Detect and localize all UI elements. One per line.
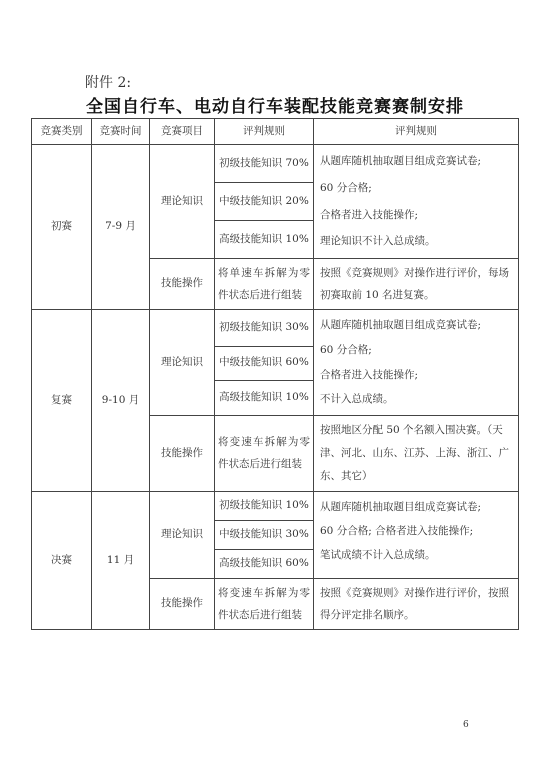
- level-weight: 高级技能知识 60%: [215, 550, 314, 579]
- rule-line: 60 分合格;: [320, 338, 512, 363]
- level-weight: 初级技能知识 30%: [215, 310, 314, 346]
- header-rule-weight: 评判规则: [215, 119, 314, 145]
- round-time: 7-9 月: [92, 145, 150, 310]
- skill-label: 技能操作: [150, 259, 215, 310]
- rule-line: 笔试成绩不计入总成绩。: [320, 543, 512, 567]
- table-header-row: 竞赛类别 竞赛时间 竞赛项目 评判规则 评判规则: [32, 119, 519, 145]
- document-title: 全国自行车、电动自行车装配技能竞赛赛制安排: [0, 92, 550, 117]
- round-time: 9-10 月: [92, 310, 150, 492]
- competition-schedule-table: 竞赛类别 竞赛时间 竞赛项目 评判规则 评判规则 初赛 7-9 月 理论知识 初…: [31, 118, 519, 630]
- level-weight: 中级技能知识 20%: [215, 183, 314, 221]
- round-category: 决赛: [32, 492, 92, 630]
- skill-label: 技能操作: [150, 579, 215, 630]
- rule-line: 合格者进入技能操作;: [320, 363, 512, 388]
- level-weight: 中级技能知识 60%: [215, 346, 314, 380]
- level-weight: 高级技能知识 10%: [215, 221, 314, 259]
- header-category: 竞赛类别: [32, 119, 92, 145]
- rule-line: 合格者进入技能操作;: [320, 202, 512, 229]
- header-time: 竞赛时间: [92, 119, 150, 145]
- skill-label: 技能操作: [150, 415, 215, 491]
- level-weight: 初级技能知识 70%: [215, 145, 314, 183]
- skill-rule: 按照《竞赛规则》对操作进行评价，按照得分评定排名顺序。: [314, 579, 519, 630]
- rule-line: 从题库随机抽取题目组成竞赛试卷;: [320, 313, 512, 338]
- skill-rule: 按照《竞赛规则》对操作进行评价，每场初赛取前 10 名进复赛。: [314, 259, 519, 310]
- theory-label: 理论知识: [150, 492, 215, 579]
- rule-line: 从题库随机抽取题目组成竞赛试卷;: [320, 148, 512, 175]
- theory-label: 理论知识: [150, 145, 215, 259]
- rule-line: 不计入总成绩。: [320, 387, 512, 412]
- skill-task: 将变速车拆解为零件状态后进行组装: [215, 579, 314, 630]
- level-weight: 高级技能知识 10%: [215, 380, 314, 415]
- header-item: 竞赛项目: [150, 119, 215, 145]
- table-row: 初赛 7-9 月 理论知识 初级技能知识 70% 从题库随机抽取题目组成竞赛试卷…: [32, 145, 519, 183]
- attachment-label: 附件 2:: [85, 72, 131, 92]
- round-category: 初赛: [32, 145, 92, 310]
- rule-line: 60 分合格; 合格者进入技能操作;: [320, 519, 512, 543]
- rule-line: 理论知识不计入总成绩。: [320, 228, 512, 255]
- skill-task: 将单速车拆解为零件状态后进行组装: [215, 259, 314, 310]
- level-weight: 初级技能知识 10%: [215, 492, 314, 521]
- skill-task: 将变速车拆解为零件状态后进行组装: [215, 415, 314, 491]
- round-category: 复赛: [32, 310, 92, 492]
- page-number: 6: [463, 720, 469, 730]
- round-time: 11 月: [92, 492, 150, 630]
- theory-rules: 从题库随机抽取题目组成竞赛试卷; 60 分合格; 合格者进入技能操作; 不计入总…: [314, 310, 519, 416]
- theory-label: 理论知识: [150, 310, 215, 416]
- table-row: 决赛 11 月 理论知识 初级技能知识 10% 从题库随机抽取题目组成竞赛试卷;…: [32, 492, 519, 521]
- rule-line: 从题库随机抽取题目组成竞赛试卷;: [320, 495, 512, 519]
- theory-rules: 从题库随机抽取题目组成竞赛试卷; 60 分合格; 合格者进入技能操作; 笔试成绩…: [314, 492, 519, 579]
- theory-rules: 从题库随机抽取题目组成竞赛试卷; 60 分合格; 合格者进入技能操作; 理论知识…: [314, 145, 519, 259]
- rule-line: 60 分合格;: [320, 175, 512, 202]
- table-row: 复赛 9-10 月 理论知识 初级技能知识 30% 从题库随机抽取题目组成竞赛试…: [32, 310, 519, 346]
- header-rule-detail: 评判规则: [314, 119, 519, 145]
- skill-rule: 按照地区分配 50 个名额入围决赛。（天津、河北、山东、江苏、上海、浙江、广东、…: [314, 415, 519, 491]
- level-weight: 中级技能知识 30%: [215, 521, 314, 550]
